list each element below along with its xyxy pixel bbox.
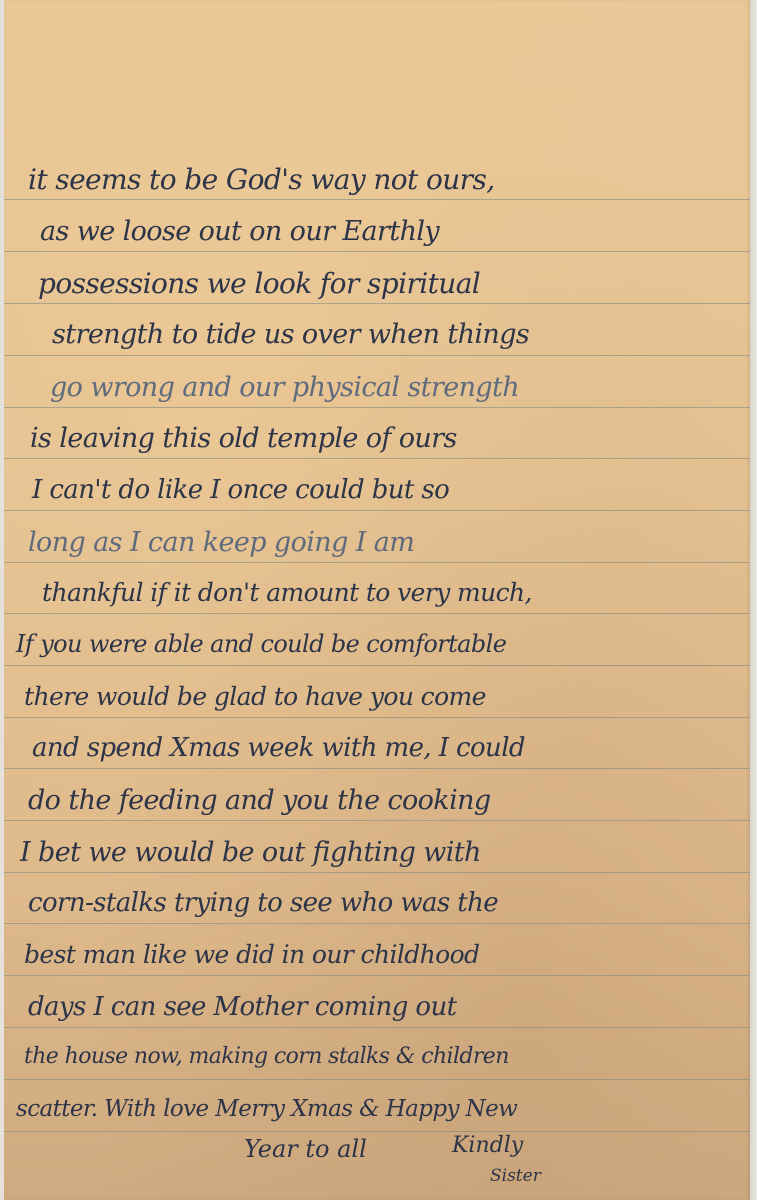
ruled-line [4, 199, 750, 200]
ruled-line [4, 407, 750, 408]
handwritten-line: thankful if it don't amount to very much… [42, 580, 532, 605]
handwritten-line: there would be glad to have you come [24, 684, 486, 709]
handwritten-line: go wrong and our physical strength [50, 374, 519, 401]
ruled-line [4, 355, 750, 356]
handwritten-line: possessions we look for spiritual [38, 270, 480, 298]
ruled-line [4, 923, 750, 924]
handwritten-line: strength to tide us over when things [52, 321, 529, 348]
ruled-line [4, 1131, 750, 1132]
handwritten-line: the house now, making corn stalks & chil… [24, 1046, 509, 1068]
handwritten-line: If you were able and could be comfortabl… [16, 632, 506, 656]
handwritten-line: as we loose out on our Earthly [40, 218, 439, 245]
background-edge [750, 0, 757, 1200]
closing-signoff: Kindly [452, 1135, 523, 1157]
ruled-line [4, 768, 750, 769]
ruled-line [4, 510, 750, 511]
ruled-line [4, 613, 750, 614]
ruled-line [4, 717, 750, 718]
ruled-line [4, 975, 750, 976]
handwritten-line: is leaving this old temple of ours [30, 425, 457, 452]
handwritten-line: I bet we would be out fighting with [20, 839, 481, 866]
handwritten-line: days I can see Mother coming out [28, 994, 456, 1020]
handwritten-line: best man like we did in our childhood [24, 942, 479, 967]
handwritten-line: scatter. With love Merry Xmas & Happy Ne… [16, 1098, 517, 1121]
handwritten-line: do the feeding and you the cooking [28, 787, 491, 814]
ruled-line [4, 1027, 750, 1028]
handwritten-line: corn-stalks trying to see who was the [28, 890, 498, 916]
ruled-line [4, 458, 750, 459]
ruled-line [4, 1079, 750, 1080]
ruled-line [4, 665, 750, 666]
handwritten-line: I can't do like I once could but so [32, 477, 449, 503]
ruled-line [4, 820, 750, 821]
closing-continuation: Year to all [244, 1137, 367, 1161]
signature: Sister [490, 1168, 541, 1185]
ruled-line [4, 872, 750, 873]
ruled-line [4, 251, 750, 252]
handwritten-line: and spend Xmas week with me, I could [32, 735, 525, 761]
handwritten-line: long as I can keep going I am [28, 529, 414, 556]
ruled-line [4, 303, 750, 304]
handwritten-line: it seems to be God's way not ours, [28, 166, 495, 194]
letter-page: it seems to be God's way not ours, as we… [4, 0, 750, 1200]
ruled-line [4, 562, 750, 563]
